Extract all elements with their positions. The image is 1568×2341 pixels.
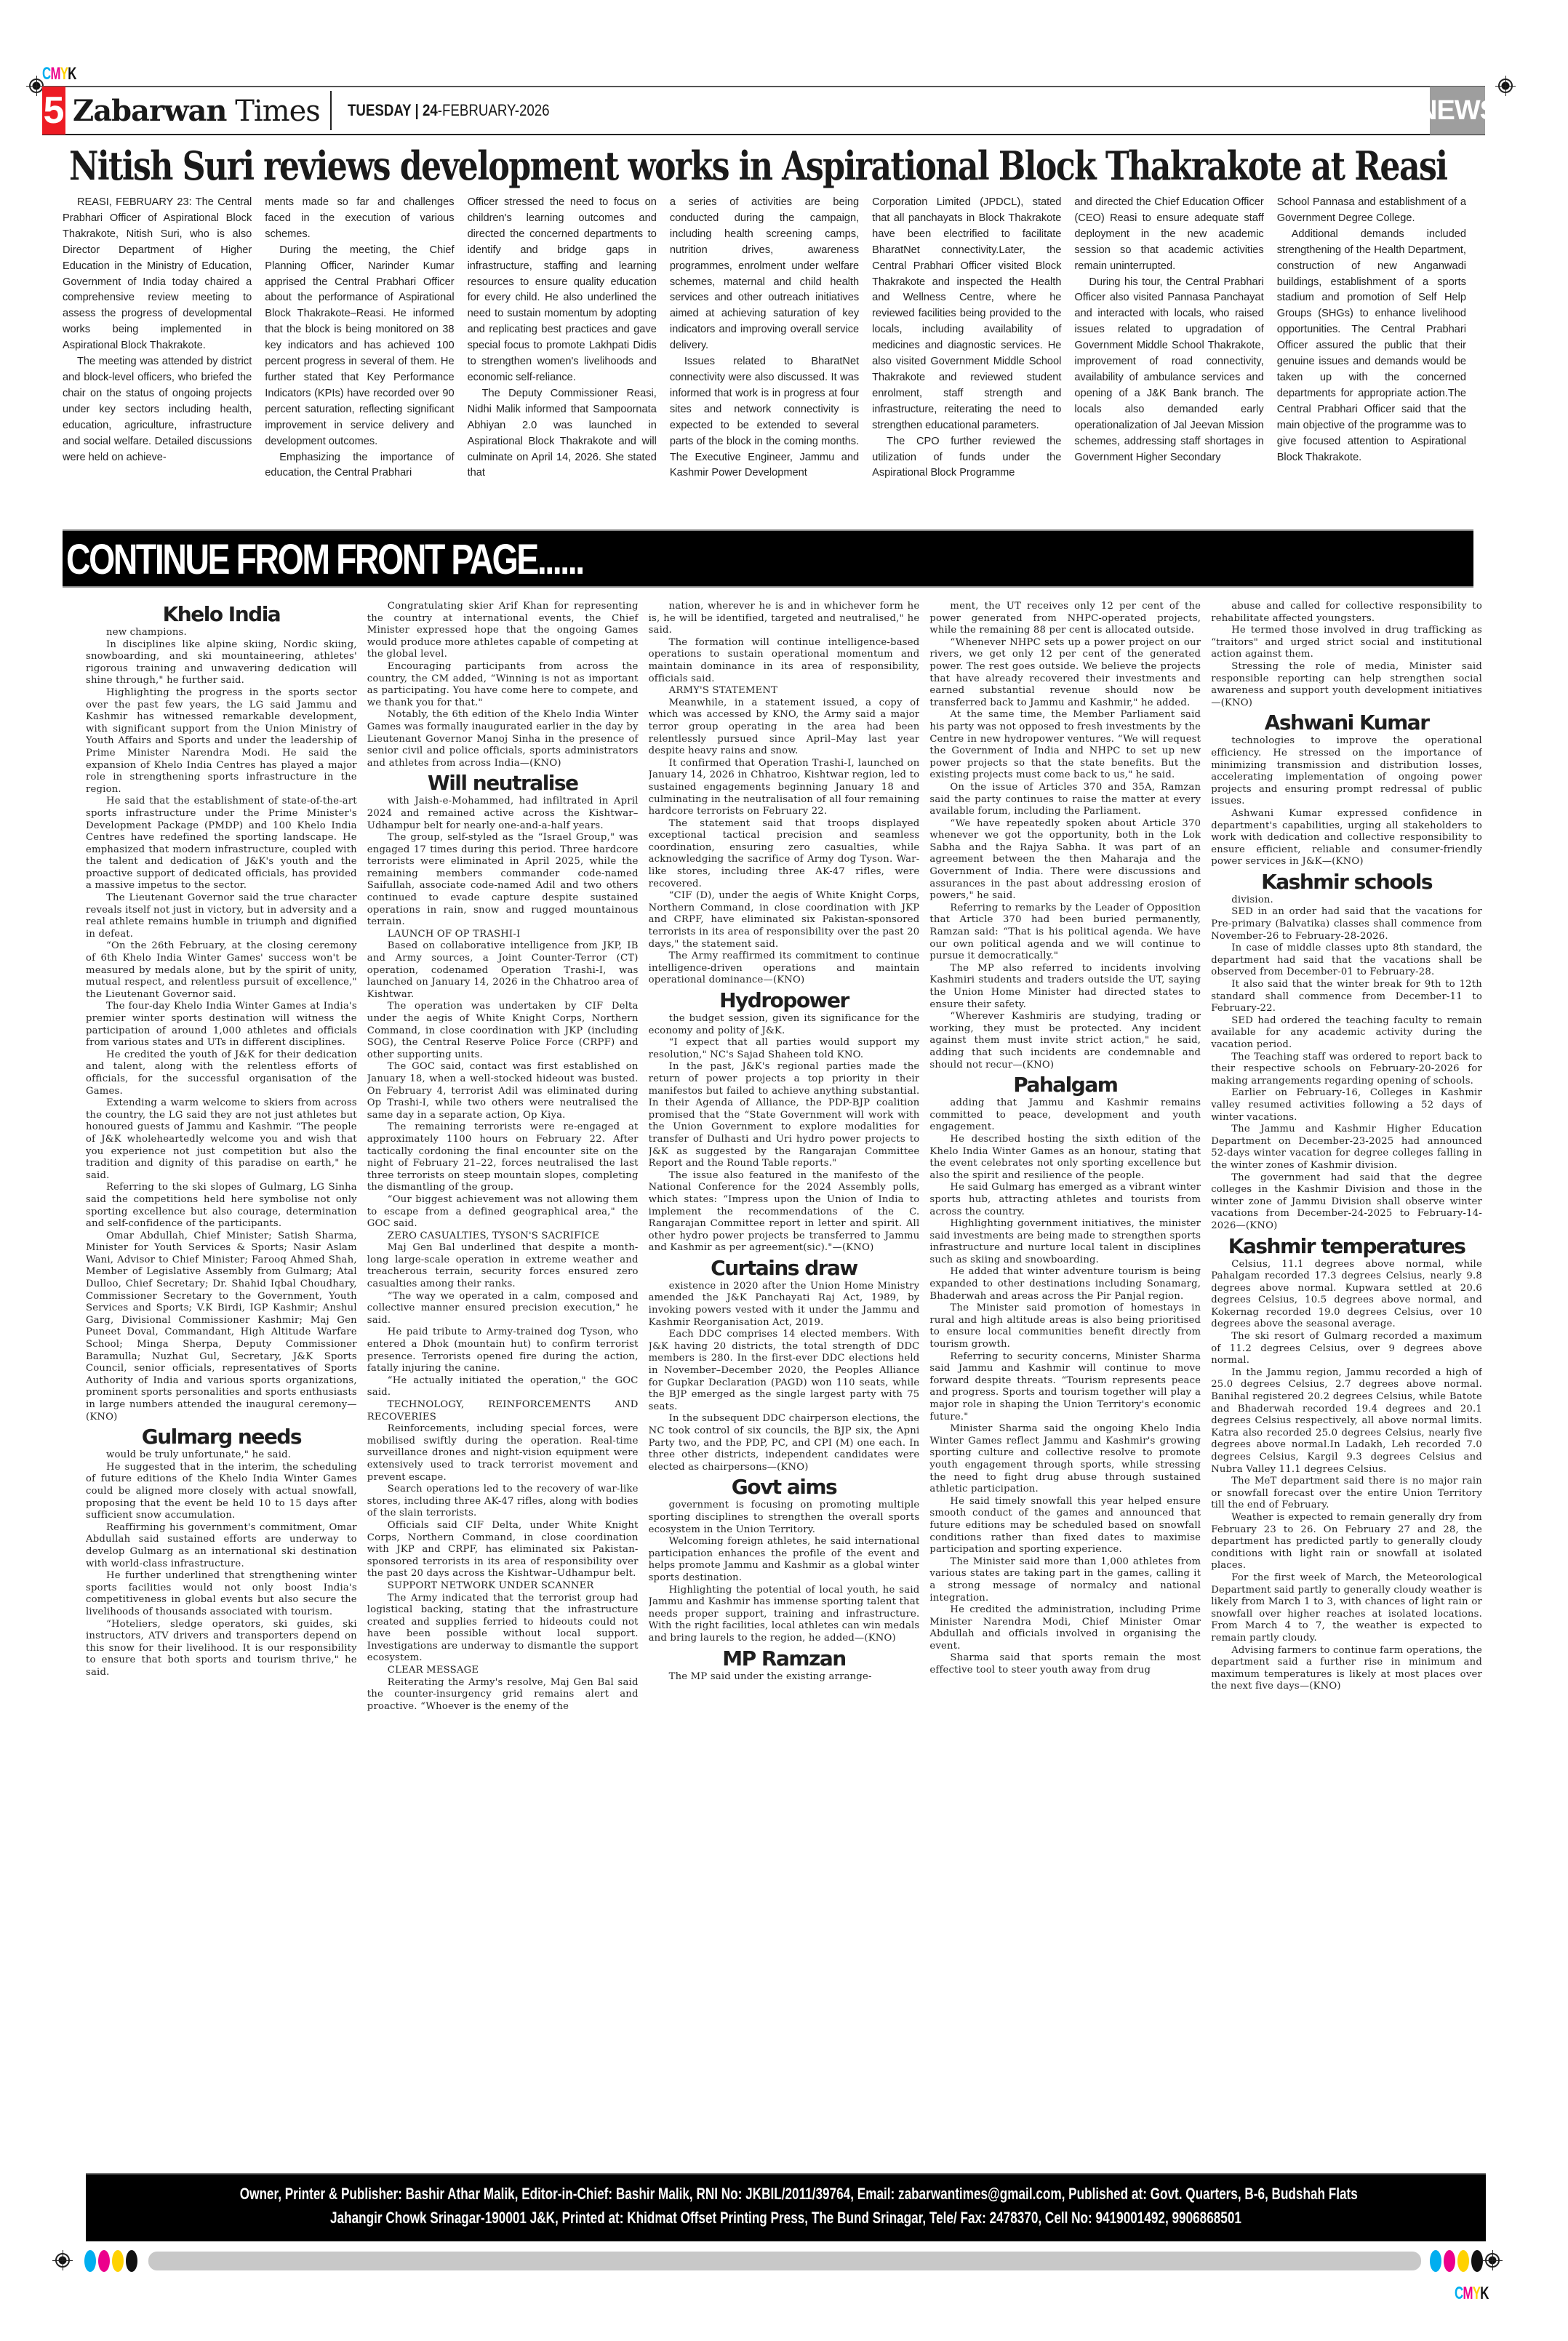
cmyk-y: Y [60, 64, 68, 84]
paragraph: At the same time, the Member Parliament … [929, 709, 1201, 782]
date-day: 24 [423, 101, 438, 119]
registration-mark-icon [29, 79, 44, 93]
paragraph: ment, the UT receives only 12 per cent o… [929, 601, 1201, 637]
paragraph: government is focusing on promoting mult… [649, 1500, 920, 1536]
paragraph: In disciplines like alpine skiing, Nordi… [86, 639, 357, 687]
paragraph: The operation was undertaken by CIF Delt… [367, 1001, 639, 1061]
paragraph: CLEAR MESSAGE [367, 1665, 639, 1677]
paragraph: He suggested that in the interim, the sc… [86, 1462, 357, 1522]
paragraph: The Army indicated that the terrorist gr… [367, 1593, 639, 1665]
paragraph: Meanwhile, in a statement issued, a copy… [649, 697, 920, 758]
paragraph: Reaffirming his government's commitment,… [86, 1522, 357, 1570]
story-heading: Kashmir temperatures [1211, 1236, 1482, 1257]
paragraph: “Our biggest achievement was not allowin… [367, 1194, 639, 1230]
cyan-dot [84, 2250, 96, 2272]
paragraph: The GOC said, contact was first establis… [367, 1061, 639, 1121]
paragraph: Congratulating skier Arif Khan for repre… [367, 601, 639, 661]
paragraph: He credited the administration, includin… [929, 1604, 1201, 1652]
paper-name: Zabarwan Times [73, 94, 320, 128]
cmyk-mark-top: CMYK [42, 64, 76, 84]
lead-column-2: ments made so far and challenges faced i… [265, 195, 454, 522]
paragraph: SUPPORT NETWORK UNDER SCANNER [367, 1580, 639, 1593]
cmyk-c: C [42, 64, 50, 84]
color-dots-left [84, 2250, 137, 2272]
paragraph: He further underlined that strengthening… [86, 1570, 357, 1618]
paragraph: He described hosting the sixth edition o… [929, 1134, 1201, 1182]
paragraph: Referring to remarks by the Leader of Op… [929, 903, 1201, 963]
continued-column-1: Khelo Indianew champions.In disciplines … [86, 601, 357, 1996]
section-tag: NEWS [1430, 87, 1485, 135]
paragraph: Highlighting the progress in the sports … [86, 687, 357, 796]
paragraph: Advising farmers to continue farm operat… [1211, 1645, 1482, 1693]
paragraph: He credited the youth of J&K for their d… [86, 1049, 357, 1097]
paragraph: The MP also referred to incidents involv… [929, 963, 1201, 1011]
cmyk-mark-bottom: CMYK [1455, 2284, 1489, 2304]
paragraph: ZERO CASUALTIES, TYSON'S SACRIFICE [367, 1230, 639, 1243]
paragraph: The Jammu and Kashmir Higher Education D… [1211, 1124, 1482, 1172]
paragraph: nation, wherever he is and in whichever … [649, 601, 920, 637]
paragraph: Based on collaborative intelligence from… [367, 940, 639, 1001]
paragraph: The MP said under the existing arrange- [649, 1671, 920, 1684]
paragraph: Corporation Limited (JPDCL), stated that… [872, 195, 1061, 434]
cmyk-k: K [1480, 2284, 1488, 2303]
story-heading: Gulmarg needs [86, 1426, 357, 1448]
story-heading: Kashmir schools [1211, 871, 1482, 893]
paragraph: Notably, the 6th edition of the Khelo In… [367, 709, 639, 769]
paragraph: Highlighting the potential of local yout… [649, 1585, 920, 1645]
paragraph: The Lieutenant Governor said the true ch… [86, 892, 357, 940]
paragraph: “Wherever Kashmiris are studying, tradin… [929, 1011, 1201, 1071]
paragraph: Issues related to BharatNet connectivity… [670, 354, 859, 481]
paragraph: The CPO further reviewed the utilization… [872, 434, 1061, 482]
page-number: 5 [42, 87, 65, 135]
imprint-line-2: Jahangir Chowk Srinagar-190001 J&K, Prin… [240, 2209, 1332, 2228]
story-heading: Pahalgam [929, 1074, 1201, 1096]
paragraph: “On the 26th February, at the closing ce… [86, 940, 357, 1001]
paragraph: ments made so far and challenges faced i… [265, 195, 454, 243]
paragraph: with Jaish-e-Mohammed, had infiltrated i… [367, 796, 639, 832]
paragraph: division. [1211, 895, 1482, 907]
imprint-line-1: Owner, Printer & Publisher: Bashir Athar… [240, 2185, 1332, 2204]
paragraph: He paid tribute to Army-trained dog Tyso… [367, 1326, 639, 1374]
paragraph: would be truly unfortunate," he said. [86, 1449, 357, 1462]
paragraph: REASI, FEBRUARY 23: The Central Prabhari… [63, 195, 252, 354]
cmyk-m: M [50, 64, 60, 84]
paragraph: ARMY'S STATEMENT [649, 685, 920, 697]
paragraph: Emphasizing the importance of education,… [265, 450, 454, 482]
paragraph: TECHNOLOGY, REINFORCEMENTS AND RECOVERIE… [367, 1399, 639, 1423]
paragraph: The Minister said more than 1,000 athlet… [929, 1556, 1201, 1604]
gray-density-bar [148, 2252, 1421, 2270]
lead-column-5: Corporation Limited (JPDCL), stated that… [872, 195, 1061, 522]
paragraph: The Minister said promotion of homestays… [929, 1302, 1201, 1350]
paragraph: The Teaching staff was ordered to report… [1211, 1052, 1482, 1088]
registration-mark-icon [55, 2253, 70, 2268]
dateline: TUESDAY | 24-FEBRUARY-2026 [348, 101, 550, 120]
continued-column-2: Congratulating skier Arif Khan for repre… [367, 601, 639, 1996]
story-heading: Hydropower [649, 990, 920, 1012]
paragraph: Encouraging participants from across the… [367, 661, 639, 709]
continued-column-4: ment, the UT receives only 12 per cent o… [929, 601, 1201, 1996]
cmyk-m: M [1463, 2284, 1472, 2303]
masthead: 5 Zabarwan Times TUESDAY | 24-FEBRUARY-2… [42, 86, 1485, 135]
paragraph: The meeting was attended by district and… [63, 354, 252, 465]
paragraph: He added that winter adventure tourism i… [929, 1266, 1201, 1302]
day: TUESDAY [348, 101, 411, 119]
cmyk-y: Y [1473, 2284, 1481, 2303]
paragraph: adding that Jammu and Kashmir remains co… [929, 1097, 1201, 1134]
paragraph: “The way we operated in a calm, composed… [367, 1291, 639, 1327]
yellow-dot [1457, 2250, 1469, 2272]
paper-name-bold: Zabarwan [73, 94, 227, 128]
paragraph: Officer stressed the need to focus on ch… [468, 195, 657, 386]
continue-banner: CONTINUE FROM FRONT PAGE...... [63, 529, 1473, 588]
paragraph: The group, self-styled as the “Israel Gr… [367, 832, 639, 929]
paragraph: Referring to security concerns, Minister… [929, 1351, 1201, 1424]
paragraph: During the meeting, the Chief Planning O… [265, 243, 454, 450]
paragraph: The statement said that troops displayed… [649, 818, 920, 891]
black-dot [1471, 2250, 1483, 2272]
paragraph: Additional demands included strengthenin… [1277, 227, 1466, 466]
paragraph: The remaining terrorists were re-engaged… [367, 1121, 639, 1194]
paragraph: In the Jammu region, Jammu recorded a hi… [1211, 1367, 1482, 1476]
paragraph: He termed those involved in drug traffic… [1211, 625, 1482, 661]
story-heading: MP Ramzan [649, 1648, 920, 1670]
color-dots-right [1430, 2250, 1483, 2272]
paragraph: the budget session, given its significan… [649, 1013, 920, 1037]
registration-mark-icon [1498, 79, 1513, 93]
paragraph: The Deputy Commissioner Reasi, Nidhi Mal… [468, 386, 657, 481]
paragraph: Weather is expected to remain generally … [1211, 1512, 1482, 1572]
paragraph: technologies to improve the operational … [1211, 735, 1482, 808]
paragraph: It confirmed that Operation Trashi-I, la… [649, 758, 920, 818]
paper-name-light: Times [227, 95, 320, 128]
paragraph: Highlighting government initiatives, the… [929, 1218, 1201, 1266]
cmyk-c: C [1455, 2284, 1463, 2303]
paragraph: He said that the establishment of state-… [86, 796, 357, 892]
paragraph: In the subsequent DDC chairperson electi… [649, 1413, 920, 1473]
lead-column-4: a series of activities are being conduct… [670, 195, 859, 522]
paragraph: new champions. [86, 627, 357, 639]
paragraph: LAUNCH OF OP TRASHI-I [367, 929, 639, 941]
paragraph: “Whenever NHPC sets up a power project o… [929, 637, 1201, 710]
paragraph: School Pannasa and establishment of a Go… [1277, 195, 1466, 227]
paragraph: Reiterating the Army's resolve, Maj Gen … [367, 1677, 639, 1713]
registration-mark-icon [1485, 2253, 1500, 2268]
paragraph: The issue also featured in the manifesto… [649, 1170, 920, 1254]
paragraph: It also said that the winter break for 9… [1211, 979, 1482, 1015]
lead-story-body: REASI, FEBRUARY 23: The Central Prabhari… [63, 195, 1466, 522]
paragraph: Officials said CIF Delta, under White Kn… [367, 1520, 639, 1580]
paragraph: existence in 2020 after the Union Home M… [649, 1281, 920, 1329]
paragraph: During his tour, the Central Prabhari Of… [1074, 275, 1263, 466]
story-heading: Will neutralise [367, 772, 639, 794]
cyan-dot [1430, 2250, 1441, 2272]
paragraph: SED in an order had said that the vacati… [1211, 906, 1482, 943]
paragraph: abuse and called for collective responsi… [1211, 601, 1482, 625]
lead-column-6: and directed the Chief Education Officer… [1074, 195, 1263, 522]
paragraph: Maj Gen Bal underlined that despite a mo… [367, 1242, 639, 1290]
continue-banner-text: CONTINUE FROM FRONT PAGE...... [66, 535, 583, 584]
yellow-dot [112, 2250, 124, 2272]
lead-column-3: Officer stressed the need to focus on ch… [468, 195, 657, 522]
paragraph: Search operations led to the recovery of… [367, 1484, 639, 1520]
paragraph: Earlier on February-16, Colleges in Kash… [1211, 1087, 1482, 1124]
paragraph: Minister Sharma said the ongoing Khelo I… [929, 1423, 1201, 1496]
paragraph: “CIF (D), under the aegis of White Knigh… [649, 890, 920, 951]
paragraph: Sharma said that sports remain the most … [929, 1652, 1201, 1676]
paragraph: SED had ordered the teaching faculty to … [1211, 1015, 1482, 1052]
imprint-footer: Owner, Printer & Publisher: Bashir Athar… [86, 2173, 1486, 2241]
paragraph: In case of middle classes upto 8th stand… [1211, 943, 1482, 979]
continued-column-3: nation, wherever he is and in whichever … [649, 601, 920, 1996]
paragraph: For the first week of March, the Meteoro… [1211, 1572, 1482, 1645]
date-separator: | [411, 101, 423, 119]
paragraph: Welcoming foreign athletes, he said inte… [649, 1536, 920, 1584]
paragraph: He said timely snowfall this year helped… [929, 1496, 1201, 1556]
story-heading: Govt aims [649, 1476, 920, 1498]
lead-column-1: REASI, FEBRUARY 23: The Central Prabhari… [63, 195, 252, 522]
paragraph: Reinforcements, including special forces… [367, 1423, 639, 1484]
paragraph: The formation will continue intelligence… [649, 637, 920, 685]
story-heading: Ashwani Kumar [1211, 712, 1482, 734]
date-rest: -FEBRUARY-2026 [438, 101, 550, 119]
story-heading: Khelo India [86, 604, 357, 625]
paragraph: On the issue of Articles 370 and 35A, Ra… [929, 782, 1201, 818]
magenta-dot [98, 2250, 110, 2272]
paragraph: The MeT department said there is no majo… [1211, 1476, 1482, 1512]
paragraph: The Army reaffirmed its commitment to co… [649, 951, 920, 987]
paragraph: In the past, J&K's regional parties made… [649, 1061, 920, 1169]
paragraph: and directed the Chief Education Officer… [1074, 195, 1263, 275]
story-heading: Curtains draw [649, 1257, 920, 1279]
paragraph: Referring to the ski slopes of Gulmarg, … [86, 1182, 357, 1230]
black-dot [126, 2250, 137, 2272]
paragraph: The ski resort of Gulmarg recorded a max… [1211, 1331, 1482, 1367]
lead-column-7: School Pannasa and establishment of a Go… [1277, 195, 1466, 522]
masthead-divider [330, 91, 332, 130]
continued-column-5: abuse and called for collective responsi… [1211, 601, 1482, 1996]
paragraph: Celsius, 11.1 degrees above normal, whil… [1211, 1259, 1482, 1332]
paragraph: “Hoteliers, sledge operators, ski guides… [86, 1619, 357, 1679]
paragraph: The government had said that the degree … [1211, 1172, 1482, 1233]
lead-headline: Nitish Suri reviews development works in… [69, 143, 1202, 189]
paragraph: Extending a warm welcome to skiers from … [86, 1097, 357, 1182]
paragraph: Stressing the role of media, Minister sa… [1211, 661, 1482, 709]
paragraph: a series of activities are being conduct… [670, 195, 859, 354]
paragraph: Omar Abdullah, Chief Minister; Satish Sh… [86, 1230, 357, 1424]
paragraph: “We have repeatedly spoken about Article… [929, 818, 1201, 903]
paragraph: “He actually initiated the operation," t… [367, 1375, 639, 1399]
paragraph: The four-day Khelo India Winter Games at… [86, 1001, 357, 1049]
paragraph: Each DDC comprises 14 elected members. W… [649, 1329, 920, 1413]
paragraph: He said Gulmarg has emerged as a vibrant… [929, 1182, 1201, 1218]
magenta-dot [1444, 2250, 1455, 2272]
cmyk-k: K [68, 64, 76, 84]
continued-stories: Khelo Indianew champions.In disciplines … [86, 601, 1482, 1996]
paragraph: “I expect that all parties would support… [649, 1037, 920, 1061]
paragraph: Ashwani Kumar expressed confidence in de… [1211, 808, 1482, 868]
